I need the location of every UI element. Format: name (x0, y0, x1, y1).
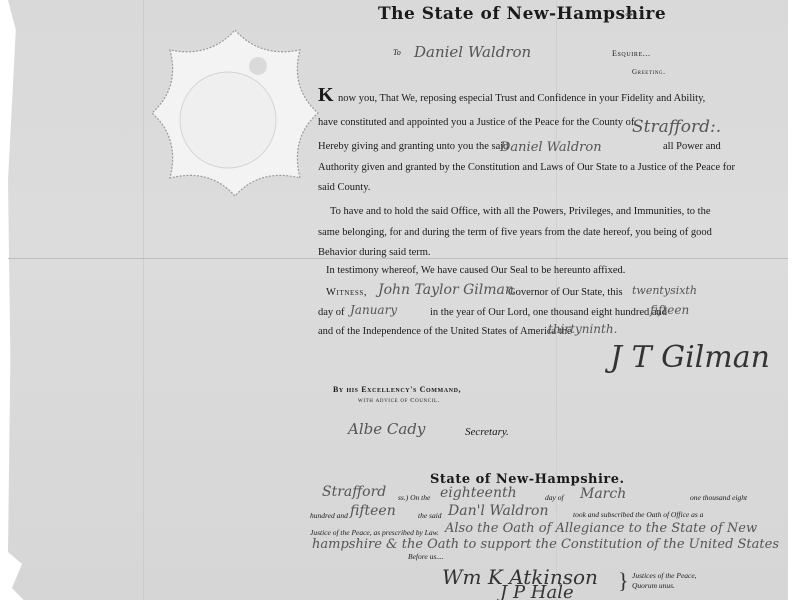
independence-handwritten: thirtyninth. (548, 322, 617, 336)
recipient-name-handwritten: Daniel Waldron (414, 43, 531, 61)
oath-said-label: the said (418, 511, 442, 520)
governor-signature: J T Gilman (610, 340, 770, 375)
oath-ss-label: ss.) On the (398, 493, 430, 502)
justice-signature-2: J P Hale (500, 582, 574, 600)
governor-name-handwritten: John Taylor Gilman (378, 282, 514, 298)
oath-handwritten-line-1: Also the Oath of Allegiance to the State… (445, 521, 757, 536)
secretary-label: Secretary. (465, 426, 509, 438)
secretary-signature: Albe Cady (348, 420, 425, 438)
drop-cap: K (318, 84, 334, 107)
oath-handwritten-line-2: hampshire & the Oath to support the Cons… (312, 537, 779, 552)
testimony-line: In testimony whereof, We have caused Our… (326, 265, 625, 276)
month-handwritten: January (350, 303, 397, 317)
commission-line-4: Authority given and granted by the Const… (318, 162, 735, 173)
county-handwritten: Strafford:. (632, 117, 721, 137)
oath-day-handwritten: eighteenth (440, 485, 517, 501)
oath-day-of-label: day of (545, 493, 564, 502)
oath-name-handwritten: Dan'l Waldron (448, 503, 548, 519)
command-line-1: By his Excellency's Command, (333, 385, 461, 394)
oath-year-handwritten: fifteen (350, 503, 396, 519)
tenure-line-3: Behavior during said term. (318, 247, 431, 258)
oath-took-text: took and subscribed the Oath of Office a… (573, 510, 703, 519)
vertical-fold-line-right (556, 0, 557, 600)
commission-line-2: have constituted and appointed you a Jus… (318, 117, 634, 128)
year-text: in the year of Our Lord, one thousand ei… (430, 307, 667, 318)
tenure-line-2: same belonging, for and during the term … (318, 227, 712, 238)
title-flourish-icon: ⊶ (625, 10, 633, 19)
oath-county-handwritten: Strafford (322, 484, 386, 500)
esquire-label: Esquire... (612, 49, 651, 58)
commission-line-3a: Hereby giving and granting unto you the … (318, 141, 508, 152)
embossed-seal-icon (150, 28, 320, 198)
day-of-label: day of (318, 307, 345, 318)
day-handwritten: twentysixth (632, 284, 697, 297)
tenure-line-1: To have and to hold the said Office, wit… (330, 206, 711, 217)
greeting-label: Greeting. (632, 68, 666, 76)
year-handwritten: fifteen (650, 303, 689, 317)
recipient-name-handwritten-2: Daniel Waldron (500, 140, 602, 155)
brace-icon: } (618, 568, 629, 594)
to-label: To (393, 48, 401, 57)
commission-line-5: said County. (318, 182, 370, 193)
commission-line-1: now you, That We, reposing especial Trus… (338, 93, 705, 104)
oath-year-text-a: one thousand eight (690, 493, 747, 502)
oath-hundred-label: hundred and (310, 511, 348, 520)
independence-text: and of the Independence of the United St… (318, 326, 572, 337)
commission-line-3b: all Power and (663, 141, 721, 152)
oath-month-handwritten: March (580, 486, 626, 502)
oath-before-label: Before us.... (408, 552, 444, 561)
justices-label-1: Justices of the Peace, (632, 571, 697, 580)
horizontal-fold-line (8, 258, 788, 259)
command-line-2: with advice of Council. (358, 397, 440, 404)
governor-text: Governor of Our State, this (508, 287, 623, 298)
oath-justice-text: Justice of the Peace, as prescribed by L… (310, 528, 439, 537)
document-title: The State of New-Hampshire (378, 4, 666, 24)
witness-label: Witness, (326, 287, 367, 298)
justices-label-2: Quorum unus. (632, 581, 675, 590)
vertical-fold-line (143, 0, 144, 600)
